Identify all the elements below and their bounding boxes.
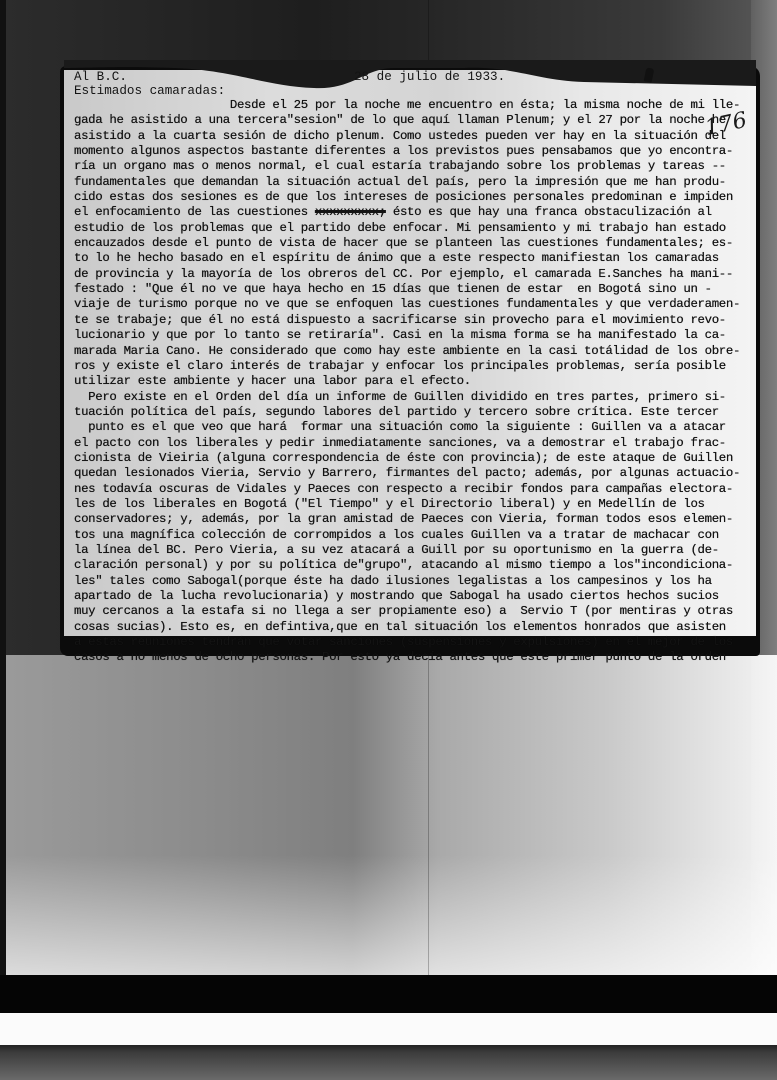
struck-out-word: xxxxxxxxx; bbox=[315, 205, 386, 219]
scan-left-edge bbox=[0, 0, 6, 1080]
letter-line: utilizar este ambiente y hacer una labor… bbox=[74, 374, 748, 389]
scan-white-band bbox=[0, 1013, 777, 1045]
letter-recipient: Al B.C. bbox=[74, 70, 354, 84]
letter-line: encauzados desde el punto de vista de ha… bbox=[74, 236, 748, 251]
letter-line: nes todavía oscuras de Vidales y Paeces … bbox=[74, 482, 748, 497]
letter-line: viaje de turismo porque no ve que se enf… bbox=[74, 297, 748, 312]
scan-background-lower bbox=[6, 655, 777, 975]
letter-line: ría un organo mas o menos normal, el cua… bbox=[74, 159, 748, 174]
typed-letter-sheet: Al B.C. 28 de julio de 1933. Estimados c… bbox=[64, 70, 756, 636]
scan-bottom-edge bbox=[0, 1045, 777, 1080]
letter-line: tos una magnífica colección de corrompid… bbox=[74, 528, 748, 543]
letter-line: cido estas dos sesiones es de que los in… bbox=[74, 190, 748, 205]
letter-line: estudio de los problemas que el partido … bbox=[74, 221, 748, 236]
letter-line: lucionario y que por lo tanto se retirar… bbox=[74, 328, 748, 343]
letter-line: punto es el que veo que hará formar una … bbox=[74, 420, 748, 435]
letter-line: te se trabaje; que él no está dispuesto … bbox=[74, 313, 748, 328]
letter-line: fundamentales que demandan la situación … bbox=[74, 175, 748, 190]
letter-line: el enfocamiento de las cuestiones xxxxxx… bbox=[74, 205, 748, 220]
scan-black-band bbox=[0, 975, 777, 1013]
letter-date: 28 de julio de 1933. bbox=[354, 70, 505, 84]
letter-line: conservadores; y, además, por la gran am… bbox=[74, 512, 748, 527]
letter-line: Pero existe en el Orden del día un infor… bbox=[74, 390, 748, 405]
letter-line: apartado de la lucha revolucionaria) y m… bbox=[74, 589, 748, 604]
letter-body: Desde el 25 por la noche me encuentro en… bbox=[74, 98, 748, 666]
letter-line: quedan lesionados Vieria, Servio y Barre… bbox=[74, 466, 748, 481]
letter-line: to lo he hecho basado en el espíritu de … bbox=[74, 251, 748, 266]
letter-line: les de los liberales en Bogotá ("El Tiem… bbox=[74, 497, 748, 512]
letter-line: cionista de Vieiria (alguna corresponden… bbox=[74, 451, 748, 466]
letter-line: festado : "Que él no ve que haya hecho e… bbox=[74, 282, 748, 297]
letter-greeting: Estimados camaradas: bbox=[74, 84, 748, 98]
letter-line: ros y existe el claro interés de trabaja… bbox=[74, 359, 748, 374]
letter-line: tuación política del país, segundo labor… bbox=[74, 405, 748, 420]
letter-line: casos a no menos de ocho personas. Por e… bbox=[74, 650, 748, 665]
letter-line: cosas sucias). Esto es, en defintiva,que… bbox=[74, 620, 748, 635]
letter-line: Desde el 25 por la noche me encuentro en… bbox=[74, 98, 748, 113]
letter-line: de provincia y la mayoría de los obreros… bbox=[74, 267, 748, 282]
letter-line: el pacto con los liberales y pedir inmed… bbox=[74, 436, 748, 451]
letter-line: les" tales como Sabogal(porque éste ha d… bbox=[74, 574, 748, 589]
letter-line: marada Maria Cano. He considerado que co… bbox=[74, 344, 748, 359]
letter-line: asistido a la cuarta sesión de dicho ple… bbox=[74, 129, 748, 144]
letter-line: gada he asistido a una tercera"sesion" d… bbox=[74, 113, 748, 128]
letter-line: la línea del BC. Pero Vieria, a su vez a… bbox=[74, 543, 748, 558]
letter-line: muy cercanos a la estafa si no llega a s… bbox=[74, 604, 748, 619]
letter-header: Al B.C. 28 de julio de 1933. bbox=[74, 70, 748, 84]
letter-line: a estas reuniones tendrán que votar sanc… bbox=[74, 635, 748, 650]
letter-line: momento algunos aspectos bastante difere… bbox=[74, 144, 748, 159]
letter-line: claración personal) y por su política de… bbox=[74, 558, 748, 573]
